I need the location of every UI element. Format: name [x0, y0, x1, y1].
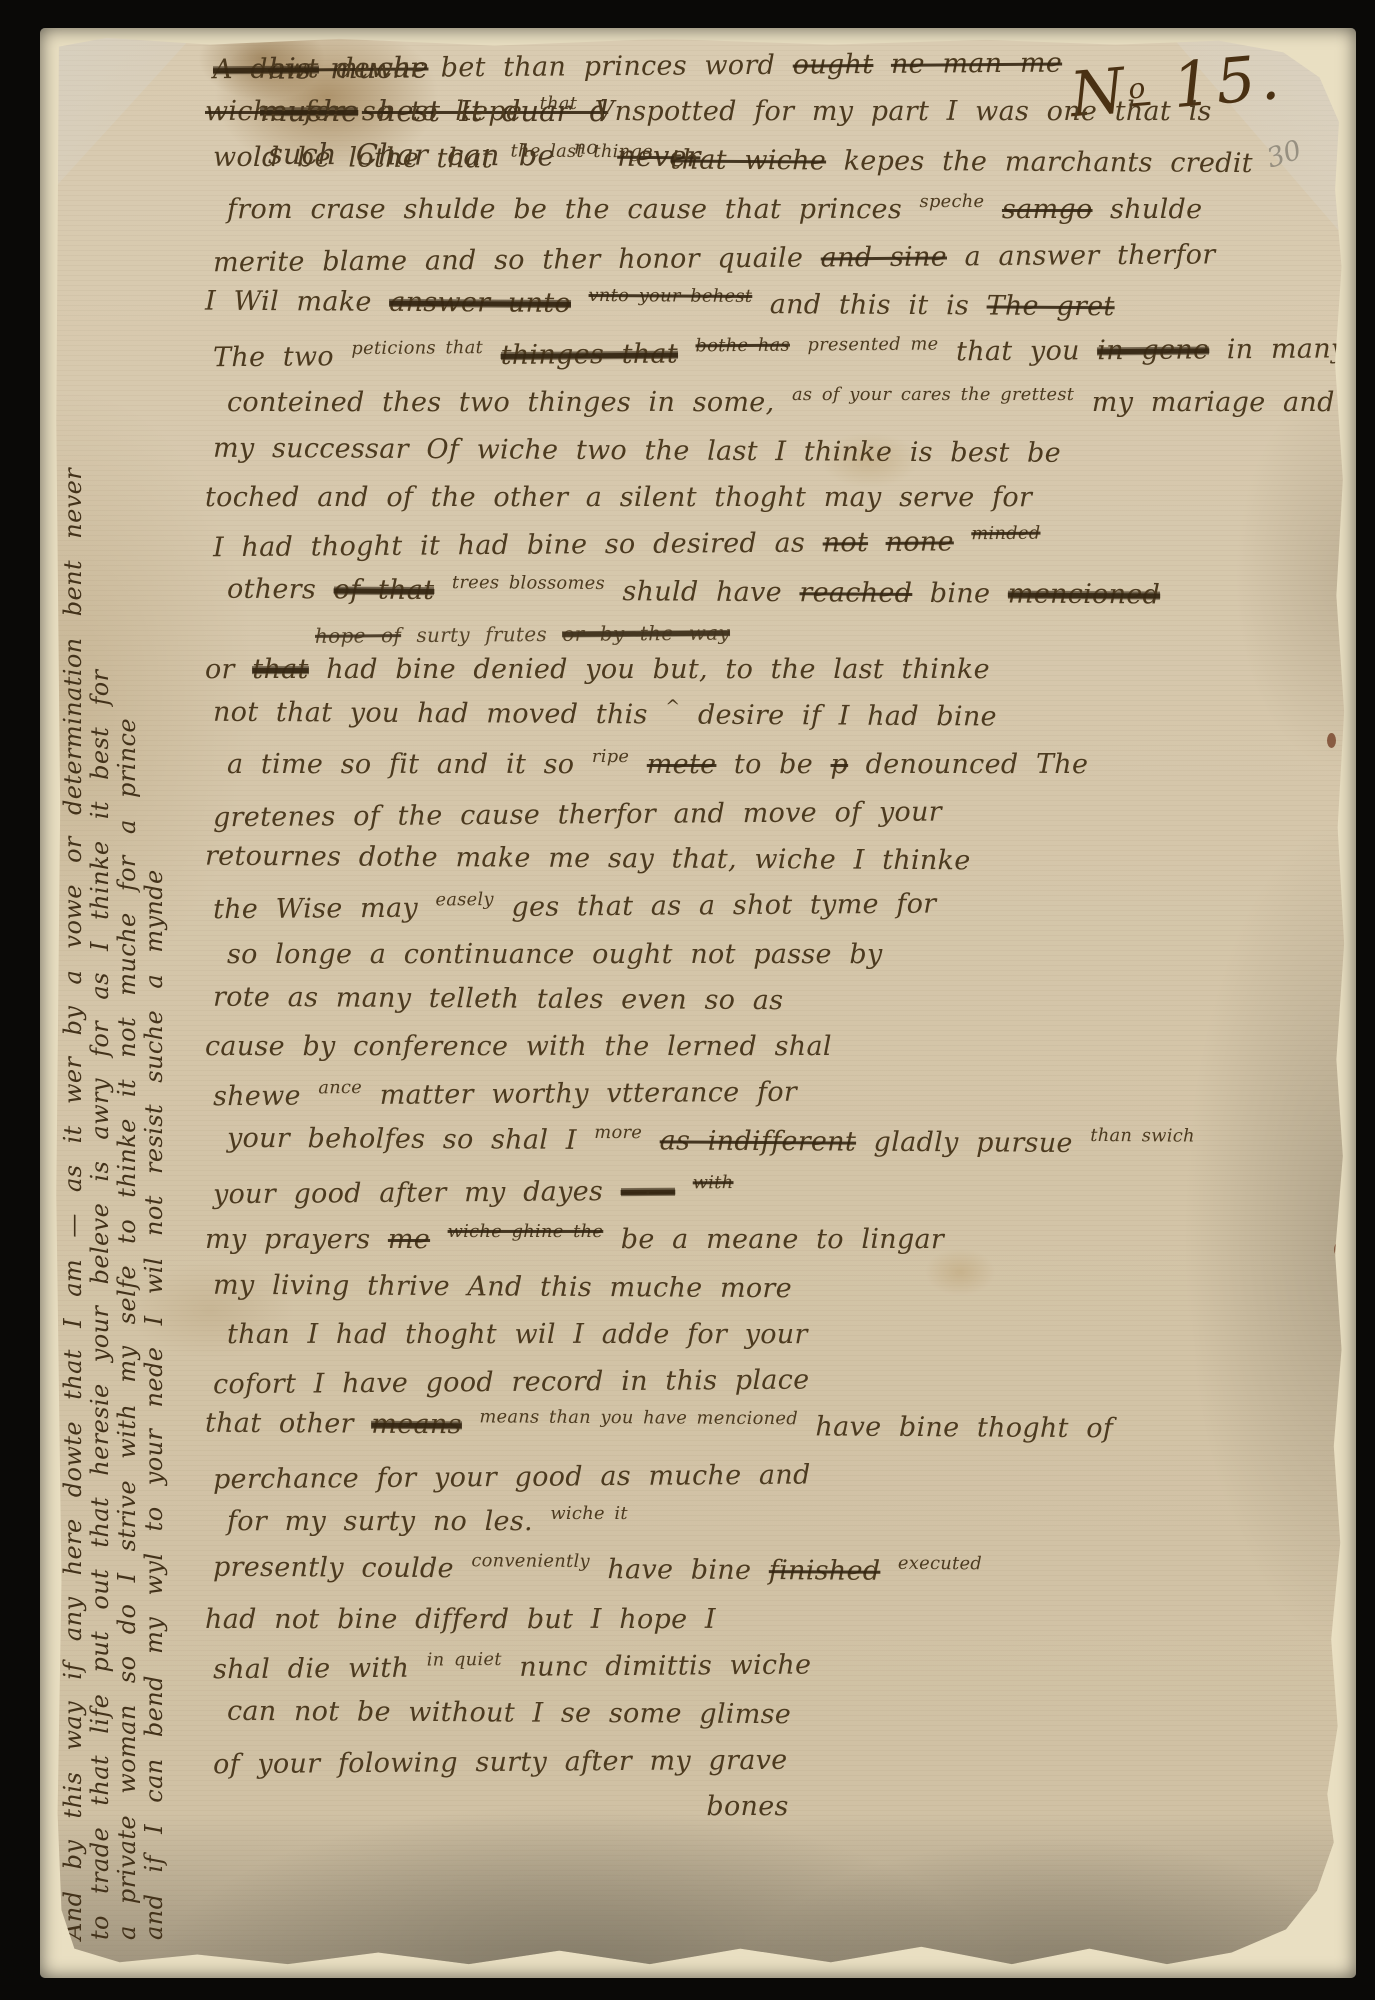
manuscript-line: bones	[205, 1784, 1290, 1830]
handwritten-text: my prayers	[205, 1224, 388, 1255]
inserted-text: conveniently	[471, 1538, 590, 1585]
manuscript-line: presently coulde conveniently have bine …	[213, 1545, 1290, 1601]
struck-text: reached	[799, 577, 912, 609]
handwritten-text	[430, 1224, 448, 1255]
handwritten-text: or	[205, 654, 252, 685]
struck-text: me	[388, 1224, 430, 1255]
handwritten-text: a answer therfor	[947, 239, 1216, 272]
inserted-text: presented me	[807, 321, 938, 368]
struck-text: and sine	[821, 241, 948, 273]
handwritten-text: dewar bet than princes word	[319, 50, 793, 85]
margin-vertical-line: And by this way if any here dowte that I…	[59, 70, 87, 1940]
manuscript-line: others of that trees blossomes shuld hav…	[227, 567, 1290, 622]
inserted-text: speche	[920, 179, 985, 225]
inserted-text: the last thinge	[510, 128, 653, 175]
handwritten-text: shulde	[1093, 194, 1203, 225]
manuscript-line: your beholfes so shal I more as indiffer…	[227, 1116, 1290, 1171]
handwritten-text: that you	[938, 335, 1097, 367]
manuscript-line: not that you had moved this ^ desire if …	[213, 690, 1290, 746]
struck-text: or by the way	[562, 621, 730, 646]
handwritten-text: retournes dothe make me say that, wiche …	[205, 841, 971, 877]
handwritten-text: my living thrive And this muche more	[213, 1270, 792, 1305]
handwritten-text	[678, 338, 696, 369]
handwritten-text: a time so fit and it so	[227, 749, 592, 780]
handwritten-text: conteined thes two thinges in some,	[227, 387, 792, 418]
handwritten-text: nunc dimittis wiche	[502, 1650, 812, 1683]
handwritten-text: had bine denied you but, to the last thi…	[309, 654, 990, 685]
handwritten-text	[642, 1125, 660, 1156]
handwritten-text: had not bine differd but I hope I	[205, 1604, 716, 1635]
struck-text: none	[885, 526, 953, 558]
margin-vertical-line: a private woman so do I strive with my s…	[113, 70, 141, 1940]
handwritten-text: to kepe	[393, 96, 540, 127]
handwritten-text: the Wise may	[213, 892, 436, 925]
manuscript-line: I had thoght it had bine so desired as n…	[213, 517, 1290, 574]
manuscript-line: toched and of the other a silent thoght …	[205, 475, 1290, 521]
manuscript-line: wold be lothe that the last thinge that …	[213, 135, 1290, 191]
handwritten-text	[344, 96, 362, 127]
handwritten-text: shal die with	[213, 1653, 427, 1686]
inserted-text: easely	[435, 877, 494, 923]
handwritten-text	[483, 340, 501, 371]
manuscript-line: from crase shulde be the cause that prin…	[227, 187, 1290, 236]
manuscript-line: so longe a continuance ought not passe b…	[227, 932, 1290, 978]
handwritten-text: have bine thoght of	[798, 1411, 1113, 1444]
struck-text: vnto your behest	[588, 273, 752, 320]
manuscript-line: wiche for so to kepe that Vnspotted for …	[205, 89, 1290, 138]
handwritten-text: perchance for your good as muche and	[213, 1460, 811, 1496]
handwritten-text: my mariage and	[1074, 387, 1334, 418]
handwritten-text	[868, 527, 886, 558]
body-text: A dewt dewar bet than princes word ought…	[205, 43, 1290, 1830]
manuscript-line: of your folowing surty after my grave	[213, 1734, 1290, 1788]
struck-text: ought	[793, 49, 874, 81]
inserted-text: means than you have mencioned	[479, 1394, 798, 1442]
struck-text: in gene	[1097, 334, 1209, 366]
handwritten-text	[954, 526, 972, 557]
handwritten-text	[653, 144, 671, 175]
manuscript-line: my prayers me wiche ghine the be a meane…	[205, 1217, 1290, 1266]
manuscript-line: perchance for your good as muche and	[213, 1449, 1290, 1503]
handwritten-text: so longe a continuance ought not passe b…	[227, 939, 883, 970]
manuscript-scan: No 15. 30 his muchemuche hest It duar ds…	[0, 0, 1375, 2000]
handwritten-text: shuld have	[605, 576, 800, 608]
manuscript-line: that other means means than you have men…	[205, 1401, 1290, 1457]
handwritten-text: presently coulde	[213, 1552, 472, 1585]
struck-text: that wiche	[670, 145, 826, 177]
handwritten-text: surty frutes	[401, 622, 562, 647]
manuscript-page: No 15. 30 his muchemuche hest It duar ds…	[55, 35, 1348, 1968]
handwritten-text: kepes the marchants credit	[826, 145, 1253, 179]
struck-text: means	[371, 1409, 462, 1441]
inserted-text: than swich	[1090, 1113, 1195, 1160]
manuscript-line: my successar Of wiche two the last I thi…	[213, 426, 1290, 479]
inserted-text: ^	[665, 684, 681, 730]
struck-text: thinges that	[501, 339, 679, 371]
handwritten-text: rote as many telleth tales even so as	[213, 982, 784, 1016]
manuscript-line: can not be without I se some glimse	[227, 1689, 1290, 1741]
handwritten-text: not that you had moved this	[213, 697, 665, 731]
handwritten-text	[462, 1409, 480, 1440]
manuscript-line: A dewt dewar bet than princes word ought…	[213, 39, 1290, 93]
handwritten-text: from crase shulde be the cause that prin…	[227, 194, 920, 225]
handwritten-text: cause by conference with the lerned shal	[205, 1031, 832, 1062]
handwritten-text: I had thoght it had bine so desired as	[213, 527, 823, 563]
manuscript-line: the Wise may easely ges that as a shot t…	[213, 879, 1290, 936]
manuscript-line: had not bine differd but I hope I	[205, 1597, 1290, 1643]
handwritten-text: The two	[213, 341, 352, 373]
struck-text: not	[823, 527, 869, 558]
manuscript-line: gretenes of the cause therfor and move o…	[213, 787, 1290, 841]
struck-text: wiche for	[205, 96, 344, 127]
handwritten-text: wold be lothe that	[213, 142, 511, 175]
handwritten-text: desire if I had bine	[680, 700, 997, 733]
handwritten-text	[873, 49, 891, 80]
margin-vertical-line: to trade that life put out that heresie …	[86, 70, 114, 1940]
struck-text: A dewt	[213, 53, 319, 85]
struck-text: The gret	[987, 290, 1115, 322]
inserted-text: wiche it	[550, 1491, 627, 1537]
handwritten-text: others	[227, 574, 334, 606]
struck-text: of that	[333, 574, 434, 606]
struck-text: finished	[769, 1555, 881, 1587]
handwritten-text: denounced The	[848, 749, 1088, 780]
handwritten-text	[629, 749, 647, 780]
struck-text: ——	[621, 1176, 676, 1207]
handwritten-text: to be	[716, 749, 830, 780]
manuscript-line: than I had thoght wil I adde for your	[227, 1312, 1290, 1358]
handwritten-text: bones	[706, 1791, 788, 1822]
handwritten-text	[790, 338, 808, 369]
struck-text: samgo	[1002, 194, 1093, 225]
margin-vertical-line: and if I can bend my wyl to your nede I …	[140, 70, 168, 1940]
handwritten-text: toched and of the other a silent thoght …	[205, 482, 1032, 513]
handwritten-text	[880, 1556, 898, 1587]
handwritten-text: can not be without I se some glimse	[227, 1696, 791, 1730]
struck-text: bothe has	[695, 323, 790, 370]
handwritten-text: shewe	[213, 1080, 319, 1112]
inserted-text: that	[540, 81, 578, 127]
inserted-text: ripe	[592, 734, 629, 780]
inserted-text: executed	[898, 1541, 982, 1588]
handwritten-text: for my surty no les.	[227, 1506, 550, 1537]
handwritten-text: gretenes of the cause therfor and move o…	[213, 797, 942, 834]
inserted-text: as of your cares the grettest	[792, 372, 1074, 418]
handwritten-text	[571, 288, 589, 319]
handwritten-text	[675, 1175, 693, 1206]
struck-text: minded	[971, 511, 1041, 558]
handwritten-text: my successar Of wiche two the last I thi…	[213, 433, 1061, 469]
handwritten-text: your beholfes so shal I	[227, 1123, 594, 1156]
struck-text: hope of	[315, 623, 401, 648]
handwritten-text: of your folowing surty after my grave	[213, 1745, 788, 1781]
inserted-text: trees blossomes	[452, 560, 605, 607]
manuscript-line: my living thrive And this muche more	[213, 1263, 1290, 1316]
manuscript-line: retournes dothe make me say that, wiche …	[205, 834, 1290, 887]
struck-text: that	[252, 654, 308, 685]
struck-text: mete	[647, 749, 717, 780]
handwritten-text: be a meane to lingar	[603, 1224, 944, 1255]
struck-text: ne man me	[891, 48, 1062, 80]
edge-ink-mark	[1327, 733, 1336, 748]
handwritten-text: bine	[912, 578, 1008, 610]
inserted-text: ance	[318, 1065, 362, 1111]
struck-text: as indifferent	[660, 1125, 857, 1157]
struck-text: with	[693, 1160, 734, 1206]
inserted-text: in quiet	[426, 1637, 501, 1684]
manuscript-line: your good after my dayes —— with	[213, 1164, 1290, 1221]
handwritten-text: Vnspotted for my part I was one that is	[577, 96, 1211, 127]
struck-text: answer unto	[389, 287, 571, 319]
struck-text: so	[362, 96, 393, 127]
manuscript-line: conteined thes two thinges in some, as o…	[227, 380, 1290, 429]
manuscript-line: for my surty no les. wiche it	[227, 1499, 1290, 1548]
handwritten-text: your good after my dayes	[213, 1176, 621, 1210]
inserted-text: more	[594, 1110, 642, 1156]
manuscript-line: The two peticions that thinges that both…	[213, 327, 1290, 384]
handwritten-text: that other	[205, 1408, 371, 1440]
struck-text: p	[831, 749, 849, 780]
manuscript-line: or that had bine denied you but, to the …	[205, 647, 1290, 693]
handwritten-text: have bine	[590, 1554, 769, 1586]
handwritten-text: I Wil make	[205, 286, 389, 318]
manuscript-line: rote as many telleth tales even so as	[213, 975, 1290, 1028]
handwritten-text: ges that as a shot tyme for	[494, 889, 937, 923]
struck-text: mencioned	[1008, 579, 1161, 611]
manuscript-line: shal die with in quiet nunc dimittis wic…	[213, 1639, 1290, 1696]
manuscript-line: cause by conference with the lerned shal	[205, 1024, 1290, 1070]
handwritten-text: than I had thoght wil I adde for your	[227, 1319, 808, 1350]
manuscript-line: a time so fit and it so ripe mete to be …	[227, 742, 1290, 791]
handwritten-text: gladly pursue	[856, 1127, 1090, 1159]
inserted-text: peticions that	[351, 325, 483, 372]
manuscript-line: hope of surty frutes or by the way	[315, 615, 1290, 651]
handwritten-text: and this it is	[752, 289, 987, 321]
handwritten-text	[984, 194, 1002, 225]
struck-text: wiche ghine the	[448, 1209, 604, 1255]
handwritten-text	[434, 575, 452, 606]
handwritten-text: matter worthy vtterance for	[362, 1077, 797, 1111]
